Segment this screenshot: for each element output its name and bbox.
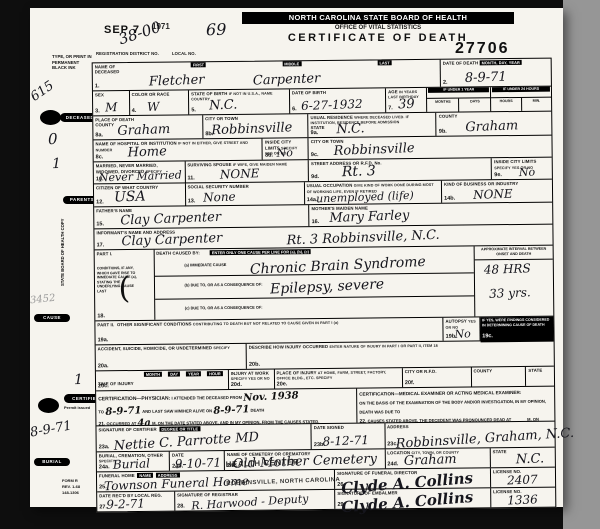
margin-handwriting-615: 615 bbox=[28, 78, 57, 105]
brace-glyph: ( bbox=[118, 271, 130, 306]
field-date-signed: DATE SIGNED 23b. 8-12-71 bbox=[312, 423, 386, 449]
field-number: 20b. bbox=[249, 362, 260, 368]
field-surviving-spouse: SURVIVING SPOUSE IF WIFE, GIVE MAIDEN NA… bbox=[185, 161, 309, 183]
col-middle: MIDDLE bbox=[282, 61, 301, 66]
field-number: 4. bbox=[132, 108, 137, 114]
certifier-signature-label: SIGNATURE OF CERTIFIER DEGREE OR TITLE bbox=[98, 425, 310, 432]
occupation-value: unemployed (life) bbox=[315, 189, 413, 206]
field-residence-county: COUNTY 9b. Graham bbox=[437, 111, 552, 136]
one-cause-note: ENTER ONLY ONE CAUSE PER LINE FOR (a), (… bbox=[210, 249, 311, 255]
residence-county-label: COUNTY bbox=[439, 112, 552, 118]
date-of-death-label: DATE OF DEATH MONTH, DAY, YEAR bbox=[443, 60, 551, 66]
hole-punch bbox=[38, 398, 59, 413]
margin-tab-burial: BURIAL bbox=[34, 458, 70, 466]
state-of-birth-label: STATE OF BIRTH IF NOT IN U.S.A., NAME CO… bbox=[191, 90, 289, 102]
location-value: Graham bbox=[404, 452, 457, 469]
field-number: 17. bbox=[97, 243, 105, 249]
field-number: 18. bbox=[97, 314, 105, 320]
field-number: 8c. bbox=[96, 155, 104, 161]
col-last: LAST bbox=[377, 60, 391, 65]
date-signed-value: 8-12-71 bbox=[322, 433, 369, 449]
field-race: COLOR OR RACE 4. W bbox=[130, 90, 190, 114]
business-value: NONE bbox=[473, 187, 513, 202]
field-number: 8d. bbox=[265, 153, 273, 159]
inside-city-limits2-value: No bbox=[519, 166, 536, 180]
field-citizenship: CITIZEN OF WHAT COUNTRY 12. USA bbox=[94, 184, 186, 207]
part2-label: PART II. OTHER SIGNIFICANT CONDITIONS CO… bbox=[97, 319, 442, 328]
spouse-value: NONE bbox=[220, 167, 260, 182]
time-column-headers: MONTH DAY YEAR HOUR bbox=[141, 371, 226, 377]
field-number: 23a. bbox=[99, 444, 110, 450]
race-value: W bbox=[147, 99, 160, 113]
sex-label: SEX bbox=[95, 92, 129, 98]
col-first: FIRST bbox=[191, 62, 206, 67]
field-registrar-signature: SIGNATURE OF REGISTRAR 28. R. Harwood - … bbox=[175, 490, 335, 511]
how-injury-label: DESCRIBE HOW INJURY OCCURRED ENTER NATUR… bbox=[249, 342, 554, 351]
col-hour: HOUR bbox=[207, 371, 223, 376]
field-father-name: FATHER'S NAME 15. Clay Carpenter bbox=[94, 205, 309, 228]
form-code: 148-1306 bbox=[62, 490, 80, 496]
row-registrar: DATE REC'D BY LOCAL REG. 27. 9-2-71 SIGN… bbox=[97, 488, 555, 512]
field-number: 9e. bbox=[494, 172, 502, 178]
death-county-value: Graham bbox=[117, 122, 170, 139]
certificate-form: NAME OF DECEASED FIRST MIDDLE LAST 1. Fl… bbox=[92, 58, 557, 513]
field-injury-county: COUNTY bbox=[471, 367, 526, 387]
field-sex: SEX 3. M bbox=[93, 91, 130, 115]
hole-punch bbox=[40, 110, 61, 125]
under-24-hours-label: IF UNDER 24 HOURS bbox=[492, 86, 550, 92]
director-license-value: 2407 bbox=[507, 472, 538, 487]
date-cols: MONTH, DAY, YEAR bbox=[480, 60, 522, 65]
deceased-first-name: Fletcher bbox=[148, 72, 204, 89]
field-number: 20d. bbox=[231, 382, 242, 388]
form-number-block: FORM R REV. 1-68 148-1306 bbox=[62, 478, 80, 496]
father-value: Clay Carpenter bbox=[120, 210, 221, 229]
field-number: 9b. bbox=[439, 129, 447, 135]
field-number: 20e. bbox=[277, 381, 288, 387]
inside-city-limits-value: No bbox=[276, 146, 293, 160]
copy-designation: STATE BOARD OF HEALTH COPY bbox=[60, 219, 65, 286]
interval-b-value: 33 yrs. bbox=[489, 286, 531, 302]
margin-handwriting-0: 0 bbox=[48, 130, 58, 148]
field-injury-state: STATE bbox=[526, 367, 554, 386]
field-death-city: CITY OR TOWN 8b. Robbinsville bbox=[203, 114, 309, 139]
injury-state-label: STATE bbox=[528, 368, 554, 373]
field-number: 28. bbox=[177, 504, 185, 510]
field-mother-name: MOTHER'S MAIDEN NAME 16. Mary Farley bbox=[309, 203, 552, 227]
ssn-label: SOCIAL SECURITY NUMBER bbox=[188, 184, 304, 190]
race-label: COLOR OR RACE bbox=[132, 91, 189, 97]
sex-value: M bbox=[105, 100, 118, 114]
field-certifier-address: ADDRESS 23c. Robbinsville, Graham, N.C. bbox=[385, 422, 555, 449]
under-1-year-months: MONTHS bbox=[427, 98, 459, 111]
death-city-value: Robbinsville bbox=[211, 121, 292, 139]
field-occupation: USUAL OCCUPATION GIVE KIND OF WORK DONE … bbox=[305, 181, 443, 204]
field-number: 3. bbox=[95, 108, 100, 114]
row-certification: CERTIFICATION—PHYSICIAN: I ATTENDED THE … bbox=[96, 387, 554, 427]
physician-cert-label: CERTIFICATION—PHYSICIAN: bbox=[98, 396, 170, 403]
field-hospital: NAME OF HOSPITAL OR INSTITUTION IF NOT I… bbox=[93, 139, 263, 162]
death-certificate-document: SEP 7 1971 38-00 69 REGISTRATION DISTRIC… bbox=[30, 8, 563, 507]
field-residence-state: USUAL RESIDENCE WHERE DECEASED LIVED. IF… bbox=[308, 112, 436, 137]
health-center-stamp: HEALTH CENTER ROBBINSVILLE, NORTH CAROLI… bbox=[226, 456, 341, 487]
field-physician-certification: CERTIFICATION—PHYSICIAN: I ATTENDED THE … bbox=[96, 389, 357, 426]
field-death-county: PLACE OF DEATH COUNTY 8a. Graham bbox=[93, 115, 203, 140]
field-street-address: STREET ADDRESS OR R.F.D. No. 9d. Rt. 3 bbox=[309, 159, 492, 182]
field-if-under-1-year: IF UNDER 1 YEAR MONTHS DAYS bbox=[427, 87, 491, 112]
field-number: 15. bbox=[96, 222, 104, 228]
due-to-c-label: (c) DUE TO, OR AS A CONSEQUENCE OF: bbox=[185, 305, 263, 311]
age-value: 39 bbox=[398, 96, 415, 112]
field-date-received: DATE REC'D BY LOCAL REG. 27. 9-2-71 bbox=[97, 492, 175, 512]
field-other-conditions: PART II. OTHER SIGNIFICANT CONDITIONS CO… bbox=[95, 318, 443, 345]
date-received-value: 9-2-71 bbox=[106, 496, 145, 511]
interval-label: APPROXIMATE INTERVAL BETWEEN ONSET AND D… bbox=[475, 246, 553, 260]
margin-tab-cause: CAUSE bbox=[34, 314, 70, 322]
print-instruction: TYPE, OR PRINT IN PERMANENT BLACK INK bbox=[52, 54, 92, 71]
field-place-of-injury: PLACE OF INJURY AT HOME, FARM, STREET, F… bbox=[274, 368, 402, 388]
field-funeral-director-signature: SIGNATURE OF FUNERAL DIRECTOR 26. Clyde … bbox=[335, 468, 491, 489]
autopsy-value: No bbox=[454, 327, 471, 341]
field-ssn: SOCIAL SECURITY NUMBER 13. None bbox=[186, 183, 305, 206]
certificate-serial-number: 27706 bbox=[455, 40, 510, 58]
field-number: 20c. bbox=[98, 383, 109, 389]
field-number: 13. bbox=[188, 199, 196, 205]
field-findings: IF YES, WERE FINDINGS CONSIDERED IN DETE… bbox=[480, 317, 554, 341]
under-24-hours-hours: HOURS bbox=[491, 98, 521, 111]
field-number: 24a. bbox=[99, 464, 110, 470]
field-number: 6. bbox=[292, 106, 297, 112]
field-number: 12. bbox=[96, 200, 104, 206]
city-label: CITY OR TOWN bbox=[205, 115, 307, 121]
ssn-value: None bbox=[203, 190, 236, 205]
field-number: 16. bbox=[312, 219, 320, 225]
me-cert-text: CERTIFICATION—MEDICAL EXAMINER OR ACTING… bbox=[359, 388, 554, 427]
field-number: 1. bbox=[95, 83, 100, 89]
field-state-of-birth: STATE OF BIRTH IF NOT IN U.S.A., NAME CO… bbox=[189, 89, 290, 114]
date-of-birth-value: 6-27-1932 bbox=[301, 96, 363, 112]
part1-causes: DEATH CAUSED BY: ENTER ONLY ONE CAUSE PE… bbox=[154, 247, 475, 320]
field-accident-type: ACCIDENT, SUICIDE, HOMICIDE, OR UNDETERM… bbox=[96, 344, 247, 370]
field-embalmer-license: LICENSE NO. 1336 bbox=[491, 488, 555, 508]
field-marital-status: MARRIED, NEVER MARRIED, WIDOWED, DIVORCE… bbox=[94, 162, 186, 184]
injury-at-work-label: INJURY AT WORK SPECIFY YES OR NO bbox=[231, 371, 274, 382]
due-to-b-value: Epilepsy, severe bbox=[269, 277, 384, 298]
last-alive-value: 8-9-71 bbox=[213, 404, 250, 417]
field-injury-city: CITY OR R.F.D. 20f. bbox=[403, 367, 472, 387]
interval-a-value: 48 HRS bbox=[484, 262, 531, 278]
death-caused-by-label: DEATH CAUSED BY: bbox=[156, 251, 202, 257]
part1-label: PART I. bbox=[97, 251, 154, 257]
residence-state-value: N.C. bbox=[336, 122, 365, 138]
marital-value: Never Married bbox=[98, 169, 181, 185]
field-number: 7. bbox=[388, 105, 393, 111]
field-if-under-24-hours: IF UNDER 24 HOURS HOURS MIN. bbox=[491, 86, 551, 110]
field-certifier-signature: SIGNATURE OF CERTIFIER DEGREE OR TITLE 2… bbox=[96, 424, 311, 451]
field-number: 20f. bbox=[405, 380, 415, 386]
name-label: NAME OF DECEASED bbox=[95, 64, 127, 75]
immediate-cause-label: (a) IMMEDIATE CAUSE bbox=[184, 262, 226, 267]
field-number: 5. bbox=[191, 107, 196, 113]
residence-city-value: Robbinsville bbox=[333, 141, 414, 159]
board-of-health-banner: NORTH CAROLINA STATE BOARD OF HEALTH bbox=[242, 12, 514, 24]
field-number: 19c. bbox=[482, 333, 493, 339]
field-number: 8a. bbox=[95, 133, 103, 139]
attended-from-value: Nov. 1938 bbox=[243, 390, 299, 404]
degree-or-title-label: DEGREE OR TITLE bbox=[159, 426, 200, 431]
field-burial-type: BURIAL, CREMATION, OTHER SPECIFY 24a. Bu… bbox=[97, 451, 170, 471]
margin-handwriting-3452: 3452 bbox=[29, 293, 55, 307]
field-number: 14b. bbox=[444, 196, 455, 202]
field-number: 9c. bbox=[311, 152, 319, 158]
under-1-year-label: IF UNDER 1 YEAR bbox=[428, 87, 489, 93]
field-inside-city-limits-residence: INSIDE CITY LIMITS SPECIFY YES OR NO 9e.… bbox=[492, 158, 552, 180]
deceased-last-name: Carpenter bbox=[252, 71, 320, 88]
field-burial-date: DATE 24b. 9-10-71 bbox=[170, 451, 225, 471]
due-to-b-label: (b) DUE TO, OR AS A CONSEQUENCE OF: bbox=[185, 282, 263, 288]
mother-value: Mary Farley bbox=[329, 208, 410, 226]
accident-label: ACCIDENT, SUICIDE, HOMICIDE, OR UNDETERM… bbox=[98, 345, 246, 352]
field-director-license: LICENSE NO. 2407 bbox=[491, 467, 555, 487]
date-signed-label: DATE SIGNED bbox=[314, 424, 384, 430]
field-number: 20a. bbox=[98, 363, 109, 369]
margin-handwriting-1: 1 bbox=[52, 156, 61, 172]
field-number: 11. bbox=[187, 176, 194, 182]
margin-handwriting-1b: 1 bbox=[74, 372, 83, 388]
local-number-value: 69 bbox=[206, 20, 227, 40]
col-day: DAY bbox=[168, 371, 180, 376]
field-residence-city: CITY OR TOWN 9c. Robbinsville bbox=[309, 136, 552, 160]
embalmer-license-value: 1336 bbox=[507, 492, 538, 507]
date-of-death-value: 8-9-71 bbox=[465, 69, 507, 86]
date-of-birth-label: DATE OF BIRTH bbox=[292, 89, 385, 95]
injury-city-label: CITY OR R.F.D. bbox=[405, 368, 471, 374]
informant-name-value: Clay Carpenter bbox=[122, 231, 223, 250]
burial-date-value: 9-10-71 bbox=[174, 455, 221, 471]
hospital-value: Home bbox=[127, 145, 167, 161]
field-date-of-death: DATE OF DEATH MONTH, DAY, YEAR 2. 8-9-71 bbox=[441, 59, 551, 87]
place-of-injury-label: PLACE OF INJURY AT HOME, FARM, STREET, F… bbox=[277, 369, 402, 381]
field-age: AGE IN YEARS LAST BIRTHDAY 7. 39 bbox=[386, 88, 427, 112]
state-of-birth-value: N.C. bbox=[209, 97, 238, 113]
me-cert-label: CERTIFICATION—MEDICAL EXAMINER OR ACTING… bbox=[359, 390, 521, 397]
field-medical-examiner-certification: CERTIFICATION—MEDICAL EXAMINER OR ACTING… bbox=[357, 387, 554, 423]
row-part1-cause: PART I. CONDITIONS, IF ANY, WHICH GAVE R… bbox=[95, 246, 554, 322]
field-autopsy: AUTOPSY YES OR NO 19b. No bbox=[443, 318, 480, 341]
citizen-value: USA bbox=[114, 189, 146, 206]
office-subtitle: OFFICE OF VITAL STATISTICS bbox=[242, 25, 514, 31]
field-time-of-injury: TIME OF INJURY MONTH DAY YEAR HOUR 20c. bbox=[96, 370, 229, 390]
field-number: 19a. bbox=[98, 337, 109, 343]
cemetery-state-value: N.C. bbox=[516, 451, 545, 467]
field-injury-at-work: INJURY AT WORK SPECIFY YES OR NO 20d. bbox=[229, 370, 275, 390]
injury-county-label: COUNTY bbox=[473, 368, 525, 374]
col-month: MONTH bbox=[144, 372, 162, 377]
col-year: YEAR bbox=[186, 371, 201, 376]
field-number: 9d. bbox=[311, 174, 319, 180]
field-name-of-deceased: NAME OF DECEASED FIRST MIDDLE LAST 1. Fl… bbox=[93, 60, 441, 90]
field-number: 9a. bbox=[311, 130, 319, 136]
attended-to-value: 8-9-71 bbox=[105, 405, 142, 418]
street-value: Rt. 3 bbox=[342, 163, 377, 180]
field-business: KIND OF BUSINESS OR INDUSTRY 14b. NONE bbox=[442, 180, 552, 203]
cause-line-b: ( (b) DUE TO, OR AS A CONSEQUENCE OF: Ep… bbox=[154, 274, 474, 300]
field-how-injury-occurred: DESCRIBE HOW INJURY OCCURRED ENTER NATUR… bbox=[247, 341, 554, 369]
certifier-tab-note: Permit issued bbox=[64, 405, 90, 410]
margin-handwriting-date: 8-9-71 bbox=[29, 418, 73, 440]
street-label: STREET ADDRESS OR R.F.D. No. bbox=[311, 160, 491, 167]
part1-interval: APPROXIMATE INTERVAL BETWEEN ONSET AND D… bbox=[475, 246, 554, 317]
field-number: 2. bbox=[443, 79, 448, 85]
field-cemetery-state: STATE N.C. bbox=[491, 447, 555, 467]
residence-county-value: Graham bbox=[465, 119, 518, 136]
name-column-headers: FIRST MIDDLE LAST bbox=[153, 60, 430, 68]
field-inside-city-limits-death: INSIDE CITY LIMITS SPECIFY YES OR NO 8d.… bbox=[263, 139, 309, 160]
hospital-label: NAME OF HOSPITAL OR INSTITUTION IF NOT I… bbox=[95, 140, 262, 153]
burial-value: Burial bbox=[113, 456, 151, 471]
field-date-of-birth: DATE OF BIRTH 6. 6-27-1932 bbox=[290, 88, 386, 113]
field-number: 24d. bbox=[387, 461, 398, 467]
scanner-background bbox=[563, 0, 600, 529]
under-1-year-days: DAYS bbox=[459, 98, 490, 111]
field-cemetery-location: LOCATION CITY, TOWN, OR COUNTY 24d. Grah… bbox=[385, 448, 491, 468]
under-24-hours-min: MIN. bbox=[522, 97, 551, 110]
